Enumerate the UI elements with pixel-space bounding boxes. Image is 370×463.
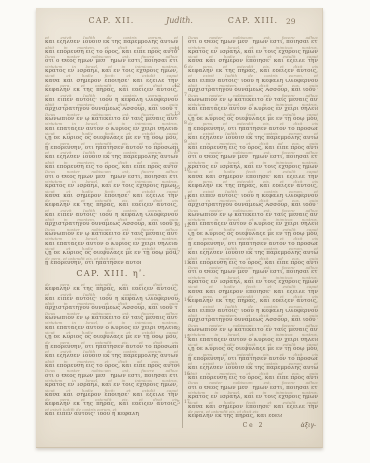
text-line: virtutem in Israel, et in inimicos nostr… (45, 321, 178, 331)
text-line: abiit in montem, et dixit ad eos, quiaκα… (188, 257, 318, 267)
verse-number: 3 (171, 327, 180, 332)
verse-number: 16 (171, 223, 180, 228)
text-line: virtutem in Israel, et in inimicos nostr… (45, 122, 178, 132)
right-column-text: Deus noster nobiscum est, facere adhucὅτ… (188, 36, 318, 420)
text-line: Deus noster nobiscum est, facere adhucὅτ… (188, 36, 318, 46)
text-line: sicut et hodie fecit: et extulit caputζῇ… (45, 132, 178, 142)
verse-number: 9 (184, 140, 192, 145)
verse-number: 10 (184, 168, 192, 173)
book-page: CAP. XII. Judith. CAP. XIII. 29 et exivi… (36, 8, 323, 448)
text-line: Deus noster nobiscum est, facere adhucκω… (45, 113, 178, 123)
verse-number: 15 (171, 186, 180, 191)
text-line: Deus noster nobiscum est, facere adhucὅτ… (188, 266, 318, 276)
text-line: Deus noster nobiscum est, facere adhucκω… (45, 312, 178, 322)
text-line: de pera, et ostendit eis, et dixit eisκε… (45, 398, 178, 408)
text-line: abiit in montem, et dixit ad eos, quiaκα… (45, 360, 178, 370)
text-line: et exivit Iudith de castris eorum, etκαὶ… (45, 209, 178, 219)
text-line: Deus noster nobiscum est, facere adhucὅτ… (188, 381, 318, 391)
verse-number: 12 (184, 224, 192, 229)
running-head-chapter-right: CAP. XIII. (188, 16, 318, 25)
running-head: CAP. XII. Judith. CAP. XIII. (36, 16, 322, 28)
page-number: 29 (286, 17, 296, 26)
text-line: et exivit Iudith de castris eorum, etκαὶ… (45, 151, 178, 161)
text-line: et exivit Iudith de castris eorum, etκαὶ… (188, 74, 318, 84)
scanned-book-page-background: { "page": { "running_head_left": "CAP. X… (0, 0, 370, 463)
text-line: abiit in montem, et dixit ad eos, quiaκα… (188, 372, 318, 382)
verse-number: 8 (184, 121, 192, 126)
column-divider-rule (182, 36, 183, 428)
text-line: de pera, et ostendit eis, et dixit eisκε… (188, 180, 318, 190)
text-line: virtutem in Israel, et in inimicos nostr… (45, 379, 178, 389)
text-line: virtutem in Israel, et in inimicos nostr… (188, 103, 318, 113)
verse-number: 6 (184, 65, 192, 70)
text-line: sicut et hodie fecit: et extulit caputκα… (188, 170, 318, 180)
verse-number: 13 (184, 261, 192, 266)
text-line: sicut et hodie fecit: et extulit caputζῇ… (188, 113, 318, 123)
verse-number: 15 (184, 335, 192, 340)
verse-number: 12 (171, 84, 180, 89)
text-line: sicut et hodie fecit: et extulit caputζῇ… (188, 343, 318, 353)
text-line: Deus noster nobiscum est, facere adhucκω… (188, 209, 318, 219)
verse-number: 11 (184, 196, 192, 201)
text-line: sicut et hodie fecit: et extulit caputκα… (188, 285, 318, 295)
text-line: virtutem in Israel, et in inimicos nostr… (45, 237, 178, 247)
text-line: de pera, et ostendit eis, et dixit eisᾗ … (188, 353, 318, 363)
text-line: et exivit Iudith de castris eorum, etκαὶ… (45, 408, 178, 418)
verse-number: 17 (171, 251, 180, 256)
text-line: et exivit Iudith de castris eorum, etκαὶ… (45, 350, 178, 360)
text-line: et exivit Iudith de castris eorum, etκαὶ… (45, 293, 178, 303)
text-line: de pera, et ostendit eis, et dixit eisᾗ … (188, 237, 318, 247)
text-line: abiit in montem, et dixit ad eos, quiaκα… (188, 142, 318, 152)
text-line: de pera, et ostendit eis, et dixit eisᾗ … (45, 257, 178, 267)
text-line: et exivit Iudith de castris eorum, etκαὶ… (188, 305, 318, 315)
text-line: Deus noster nobiscum est, facere adhucκω… (188, 94, 318, 104)
verse-number: 16 (184, 372, 192, 377)
verse-number: 17 (184, 400, 192, 405)
verse-number: 7 (184, 93, 192, 98)
text-line: virtutem in Israel, et in inimicos nostr… (188, 391, 318, 401)
text-line: de pera, et ostendit eis, et dixit eisᾗ … (188, 122, 318, 132)
text-line: sicut et hodie fecit: et extulit caputκα… (45, 190, 178, 200)
text-line: sicut et hodie fecit: et extulit caputζῇ… (188, 228, 318, 238)
text-line: sicut et hodie fecit: et extulit caputκα… (45, 389, 178, 399)
text-line: de pera, et ostendit eis, et dixit eisκε… (45, 84, 178, 94)
verse-number: 2 (171, 299, 180, 304)
text-line: Deus noster nobiscum est, facere adhucὅτ… (45, 369, 178, 379)
text-line: abiit in montem, et dixit ad eos, quiaἀρ… (45, 302, 178, 312)
text-line: virtutem in Israel, et in inimicos nostr… (188, 46, 318, 56)
text-line: de pera, et ostendit eis, et dixit eisκε… (45, 199, 178, 209)
text-line: sicut et hodie fecit: et extulit caputζῇ… (45, 247, 178, 257)
text-line: Deus noster nobiscum est, facere adhucὅτ… (45, 170, 178, 180)
text-line: Deus noster nobiscum est, facere adhucὅτ… (188, 151, 318, 161)
left-column-chapter13-text: de pera, et ostendit eis, et dixit eisκε… (45, 283, 178, 417)
text-line: sicut et hodie fecit: et extulit caputκα… (45, 74, 178, 84)
text-line: de pera, et ostendit eis, et dixit eisκε… (45, 283, 178, 293)
catchword: ἀξιγ- (301, 422, 316, 429)
page-footer-line: Ce 2 ἀξιγ- (188, 422, 318, 431)
text-line: virtutem in Israel, et in inimicos nostr… (188, 276, 318, 286)
text-line: Deus noster nobiscum est, facere adhucὅτ… (45, 55, 178, 65)
text-line: abiit in montem, et dixit ad eos, quiaκα… (45, 46, 178, 56)
text-line: et exivit Iudith de castris eorum, etκαὶ… (188, 132, 318, 142)
text-line: virtutem in Israel, et in inimicos nostr… (45, 65, 178, 75)
verse-number: 4 (171, 364, 180, 369)
signature-mark: Ce 2 (243, 422, 265, 429)
text-line: abiit in montem, et dixit ad eos, quiaἀρ… (45, 218, 178, 228)
text-line: virtutem in Israel, et in inimicos nostr… (188, 333, 318, 343)
text-line: abiit in montem, et dixit ad eos, quiaἀρ… (188, 199, 318, 209)
text-line: de pera, et ostendit eis, et dixit eisκε… (188, 410, 318, 420)
text-line: abiit in montem, et dixit ad eos, quiaκα… (45, 161, 178, 171)
text-line: de pera, et ostendit eis, et dixit eisκε… (188, 65, 318, 75)
text-line: et exivit Iudith de castris eorum, etκαὶ… (188, 362, 318, 372)
text-line: sicut et hodie fecit: et extulit caputκα… (188, 401, 318, 411)
text-line: virtutem in Israel, et in inimicos nostr… (188, 218, 318, 228)
text-line: abiit in montem, et dixit ad eos, quiaἀρ… (188, 314, 318, 324)
text-line: Deus noster nobiscum est, facere adhucκω… (45, 228, 178, 238)
text-line: abiit in montem, et dixit ad eos, quiaἀρ… (45, 103, 178, 113)
text-line: Deus noster nobiscum est, facere adhucκω… (188, 324, 318, 334)
text-line: et exivit Iudith de castris eorum, etκαὶ… (45, 36, 178, 46)
left-column-chapter12-text: et exivit Iudith de castris eorum, etκαὶ… (45, 36, 178, 266)
text-line: et exivit Iudith de castris eorum, etκαὶ… (188, 190, 318, 200)
verse-number: 5 (171, 401, 180, 406)
verse-number: 14 (171, 149, 180, 154)
verse-number: 11 (171, 47, 180, 52)
text-line: virtutem in Israel, et in inimicos nostr… (188, 161, 318, 171)
text-line: et exivit Iudith de castris eorum, etκαὶ… (188, 247, 318, 257)
text-line: de pera, et ostendit eis, et dixit eisκε… (188, 295, 318, 305)
text-line: de pera, et ostendit eis, et dixit eisᾗ … (45, 341, 178, 351)
text-line: de pera, et ostendit eis, et dixit eisᾗ … (45, 142, 178, 152)
text-line: abiit in montem, et dixit ad eos, quiaἀρ… (188, 84, 318, 94)
chapter-heading: CAP. XIII. ηʹ. (45, 269, 178, 280)
text-line: virtutem in Israel, et in inimicos nostr… (45, 180, 178, 190)
text-line: et exivit Iudith de castris eorum, etκαὶ… (45, 94, 178, 104)
verse-number: 13 (171, 112, 180, 117)
verse-number: 14 (184, 298, 192, 303)
text-line: sicut et hodie fecit: et extulit caputκα… (188, 55, 318, 65)
text-line: sicut et hodie fecit: et extulit caputζῇ… (45, 331, 178, 341)
